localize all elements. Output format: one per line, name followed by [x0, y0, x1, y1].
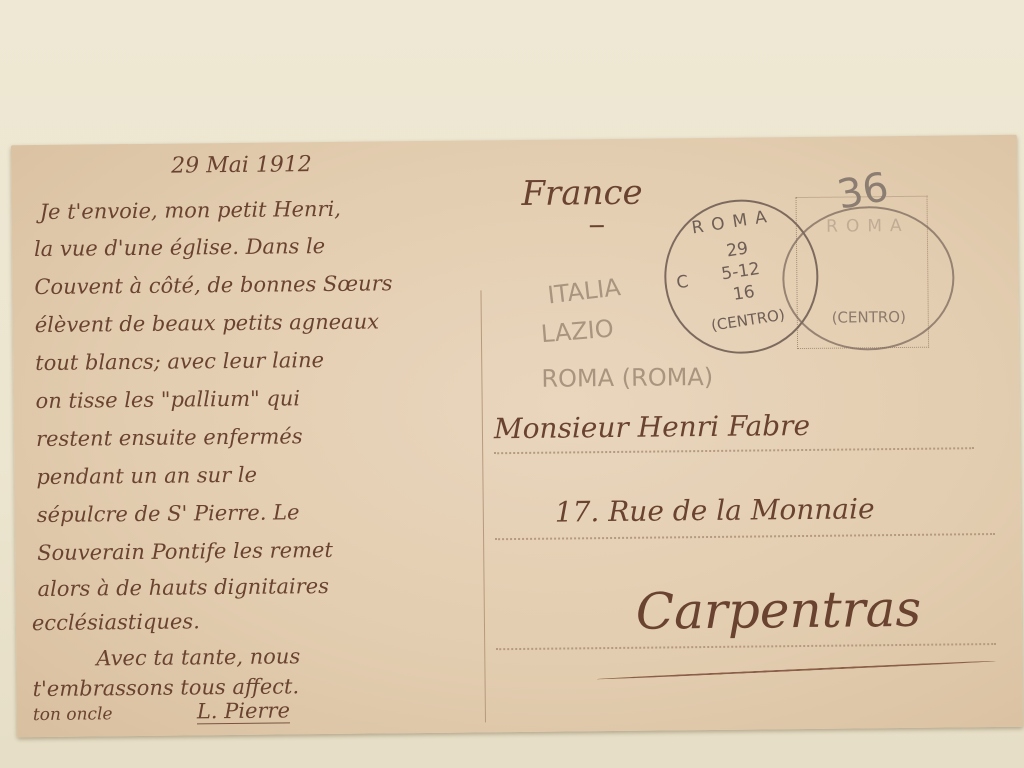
message-line: Couvent à côté, de bonnes Sœurs	[34, 271, 392, 299]
pencil-note: LAZIO	[540, 314, 615, 348]
message-line: on tisse les "pallium" qui	[35, 386, 300, 413]
pencil-note: ROMA (ROMA)	[541, 363, 713, 393]
message-line: alors à de hauts dignitaires	[37, 574, 329, 601]
message-line: Souverain Pontife les remet	[37, 538, 333, 565]
postmark-top: ROMA	[784, 215, 952, 237]
message-signoff: ton oncle	[33, 704, 113, 725]
city-underline	[597, 660, 997, 680]
message-line: la vue d'une église. Dans le	[34, 234, 325, 261]
recipient-city: Carpentras	[636, 580, 922, 641]
message-line: sépulcre de S' Pierre. Le	[37, 500, 300, 527]
postcard: 29 Mai 1912 Je t'envoie, mon petit Henri…	[11, 135, 1023, 738]
recipient-street: 17. Rue de la Monnaie	[555, 492, 875, 528]
address-line	[494, 447, 974, 454]
recipient-name: Monsieur Henri Fabre	[494, 409, 810, 445]
message-signature: L. Pierre	[197, 698, 290, 724]
message-line: Avec ta tante, nous	[96, 644, 300, 670]
message-line: Je t'envoie, mon petit Henri,	[40, 197, 342, 224]
message-line: pendant un an sur le	[36, 463, 257, 489]
message-line: ecclésiastiques.	[32, 609, 200, 635]
message-line: élèvent de beaux petits agneaux	[35, 309, 379, 337]
country-underline	[590, 225, 604, 227]
postmark-bottom: (CENTRO)	[785, 307, 953, 327]
address-country: France	[521, 173, 643, 214]
message-line: tout blancs; avec leur laine	[35, 348, 324, 375]
message-body: Je t'envoie, mon petit Henri, la vue d'u…	[11, 135, 1017, 146]
address-line	[496, 643, 996, 650]
card-divider	[480, 290, 486, 722]
message-date: 29 Mai 1912	[171, 152, 312, 178]
pencil-note: ITALIA	[546, 273, 622, 309]
message-line: restent ensuite enfermés	[36, 424, 303, 451]
postmark-secondary: ROMA (CENTRO)	[782, 205, 955, 351]
address-line	[495, 533, 995, 540]
message-line: t'embrassons tous affect.	[32, 674, 299, 701]
